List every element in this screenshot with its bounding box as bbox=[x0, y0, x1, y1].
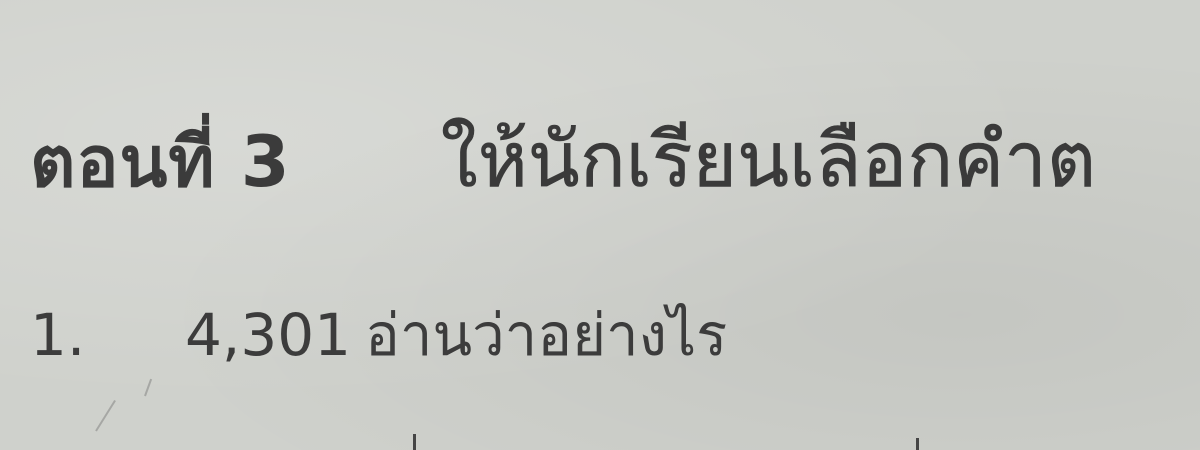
worksheet-page: ตอนที่ 3 ให้นักเรียนเลือกคำต 1. 4,301 อ่… bbox=[0, 0, 1200, 450]
cropped-next-line-mark bbox=[413, 434, 416, 450]
cropped-next-line-mark bbox=[916, 438, 919, 450]
question-prompt: อ่านว่าอย่างไร bbox=[365, 288, 727, 381]
pencil-mark bbox=[144, 379, 152, 397]
section-heading: ตอนที่ 3 ให้นักเรียนเลือกคำต bbox=[30, 100, 1096, 210]
question-number: 1. bbox=[30, 301, 185, 369]
section-instruction: ให้นักเรียนเลือกคำต bbox=[441, 100, 1097, 220]
section-label: ตอนที่ 3 bbox=[30, 106, 291, 217]
question-number-value: 4,301 bbox=[185, 301, 351, 369]
question-item: 1. 4,301 อ่านว่าอย่างไร bbox=[30, 288, 727, 381]
pencil-mark bbox=[95, 400, 116, 432]
